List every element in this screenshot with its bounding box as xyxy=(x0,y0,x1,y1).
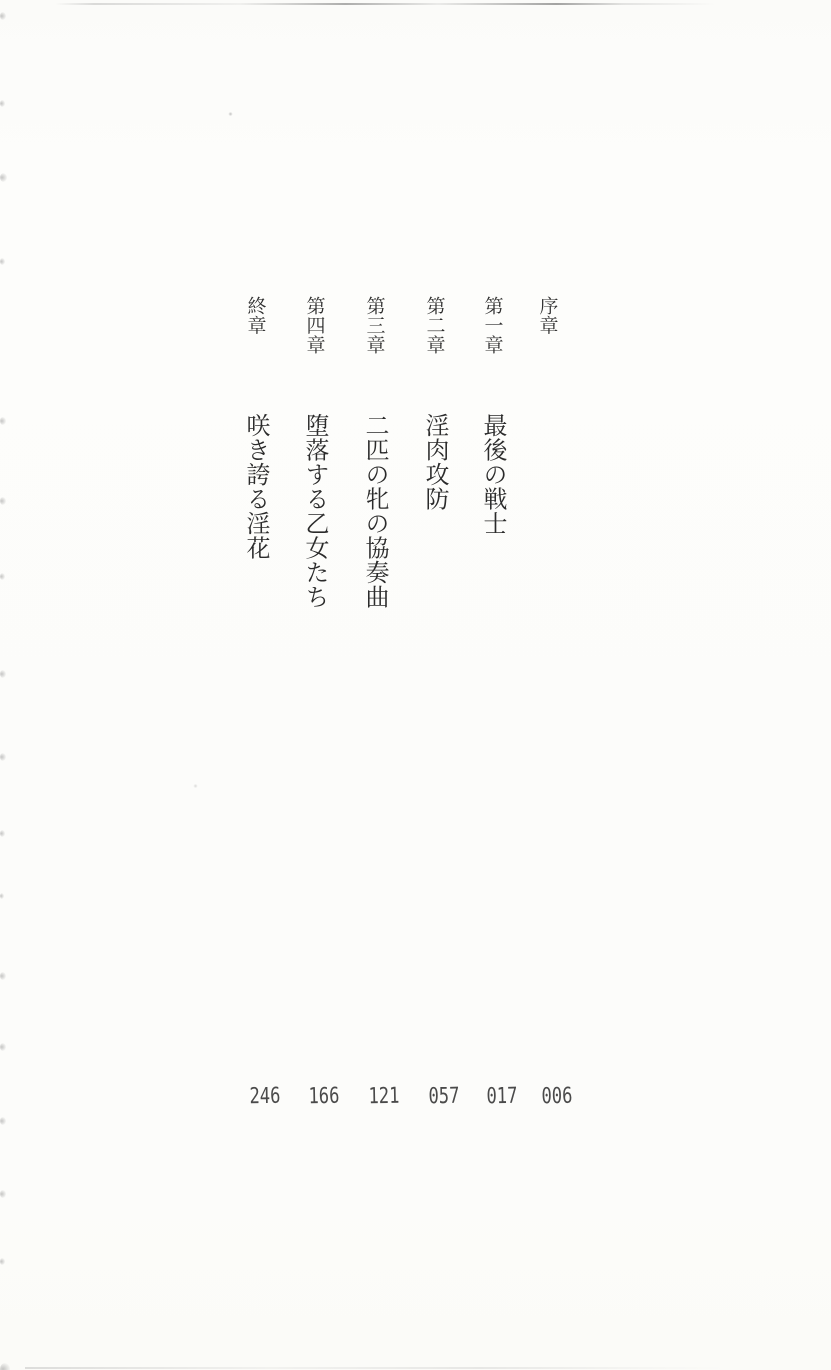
chapter-label: 第三章 xyxy=(365,296,384,355)
chapter-label: 第一章 xyxy=(483,296,502,355)
chapter-title: 二匹の牝の協奏曲 xyxy=(362,413,386,609)
toc-entry-chapter-4: 第四章 堕落する乙女たち 166 xyxy=(297,296,331,1136)
chapter-title: 堕落する乙女たち xyxy=(302,413,326,609)
chapter-title: 淫肉攻防 xyxy=(422,413,446,511)
page-number: 121 xyxy=(368,1086,399,1109)
page-number: 246 xyxy=(249,1086,280,1109)
toc-entry-chapter-3: 第三章 二匹の牝の協奏曲 121 xyxy=(357,296,391,1136)
chapter-label: 第四章 xyxy=(305,296,324,355)
toc-entry-prologue: 序章 006 xyxy=(530,296,564,1136)
chapter-label: 第二章 xyxy=(425,296,444,355)
chapter-label: 序章 xyxy=(538,296,557,335)
chapter-title: 咲き誇る淫花 xyxy=(243,413,267,560)
table-of-contents: 序章 006 第一章 最後の戦士 017 第二章 淫肉攻防 057 第三章 二匹… xyxy=(0,0,831,1370)
page-number: 017 xyxy=(486,1086,517,1109)
toc-entry-epilogue: 終章 咲き誇る淫花 246 xyxy=(238,296,272,1136)
book-page: 序章 006 第一章 最後の戦士 017 第二章 淫肉攻防 057 第三章 二匹… xyxy=(0,0,831,1370)
page-number: 166 xyxy=(308,1086,339,1109)
page-number: 006 xyxy=(541,1086,572,1109)
toc-entry-chapter-1: 第一章 最後の戦士 017 xyxy=(475,296,509,1136)
toc-entry-chapter-2: 第二章 淫肉攻防 057 xyxy=(417,296,451,1136)
chapter-title: 最後の戦士 xyxy=(480,413,504,536)
page-number: 057 xyxy=(428,1086,459,1109)
chapter-label: 終章 xyxy=(246,296,265,335)
